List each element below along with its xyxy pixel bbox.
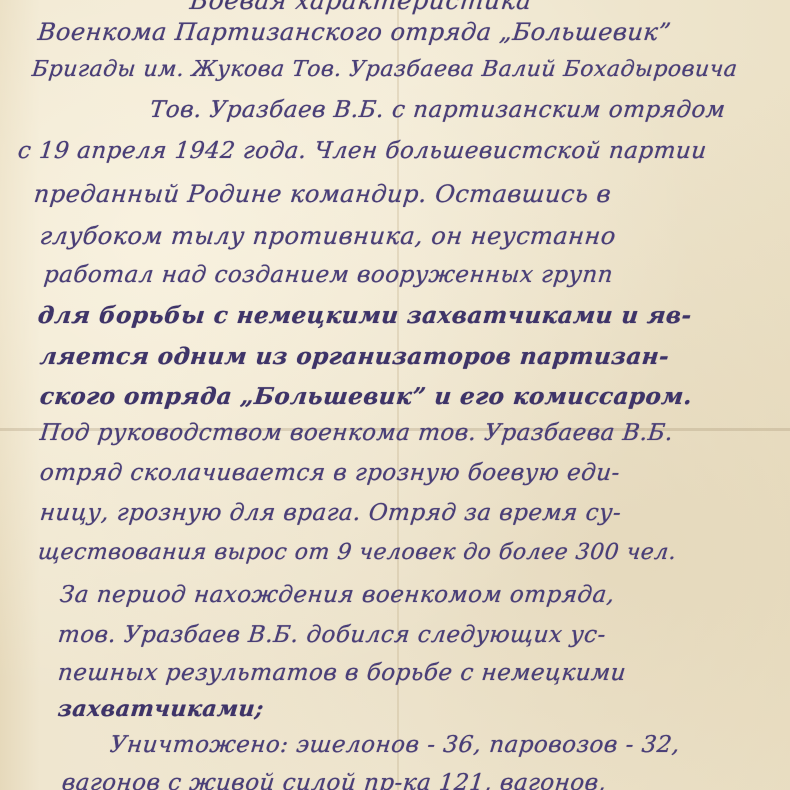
text-line-20: вагонов с живой силой пр-ка 121, вагонов…: [61, 770, 608, 790]
text-line-11: Под руководством военкома тов. Уразбаева…: [39, 420, 675, 446]
text-line-12: отряд сколачивается в грозную боевую еди…: [39, 460, 622, 486]
text-line-5: преданный Родине командир. Оставшись в: [33, 180, 613, 208]
text-line-14: ществования вырос от 9 человек до более …: [37, 540, 678, 565]
text-line-10: ского отряда „Большевик” и его комиссаро…: [39, 383, 694, 410]
text-line-13: ницу, грозную для врага. Отряд за время …: [39, 500, 623, 526]
text-line-7: работал над созданием вооруженных групп: [43, 262, 615, 288]
text-line-19: Уничтожено: эшелонов - 36, паровозов - 3…: [109, 732, 682, 758]
text-line-18: захватчиками;: [57, 696, 266, 722]
text-line-17: пешных результатов в борьбе с немецкими: [57, 660, 628, 686]
text-line-6: глубоком тылу противника, он неустанно: [39, 222, 618, 250]
text-line-9: ляется одним из организаторов партизан-: [39, 343, 671, 370]
text-line-15: За период нахождения военкомом отряда,: [59, 582, 616, 608]
text-line-4: с 19 апреля 1942 года. Член большевистск…: [17, 138, 708, 164]
text-line-1: Военкома Партизанского отряда „Большевик…: [37, 18, 673, 46]
text-line-3: Тов. Уразбаев В.Б. с партизанским отрядо…: [149, 97, 727, 123]
text-line-8: для борьбы с немецкими захватчиками и яв…: [37, 302, 694, 329]
text-line-2: Бригады им. Жукова Тов. Уразбаева Валий …: [31, 57, 739, 82]
scanned-document-page: Боевая характеристика Военкома Партизанс…: [0, 0, 790, 790]
document-heading-fragment: Боевая характеристика: [188, 0, 533, 15]
text-line-16: тов. Уразбаев В.Б. добился следующих ус-: [57, 622, 608, 648]
